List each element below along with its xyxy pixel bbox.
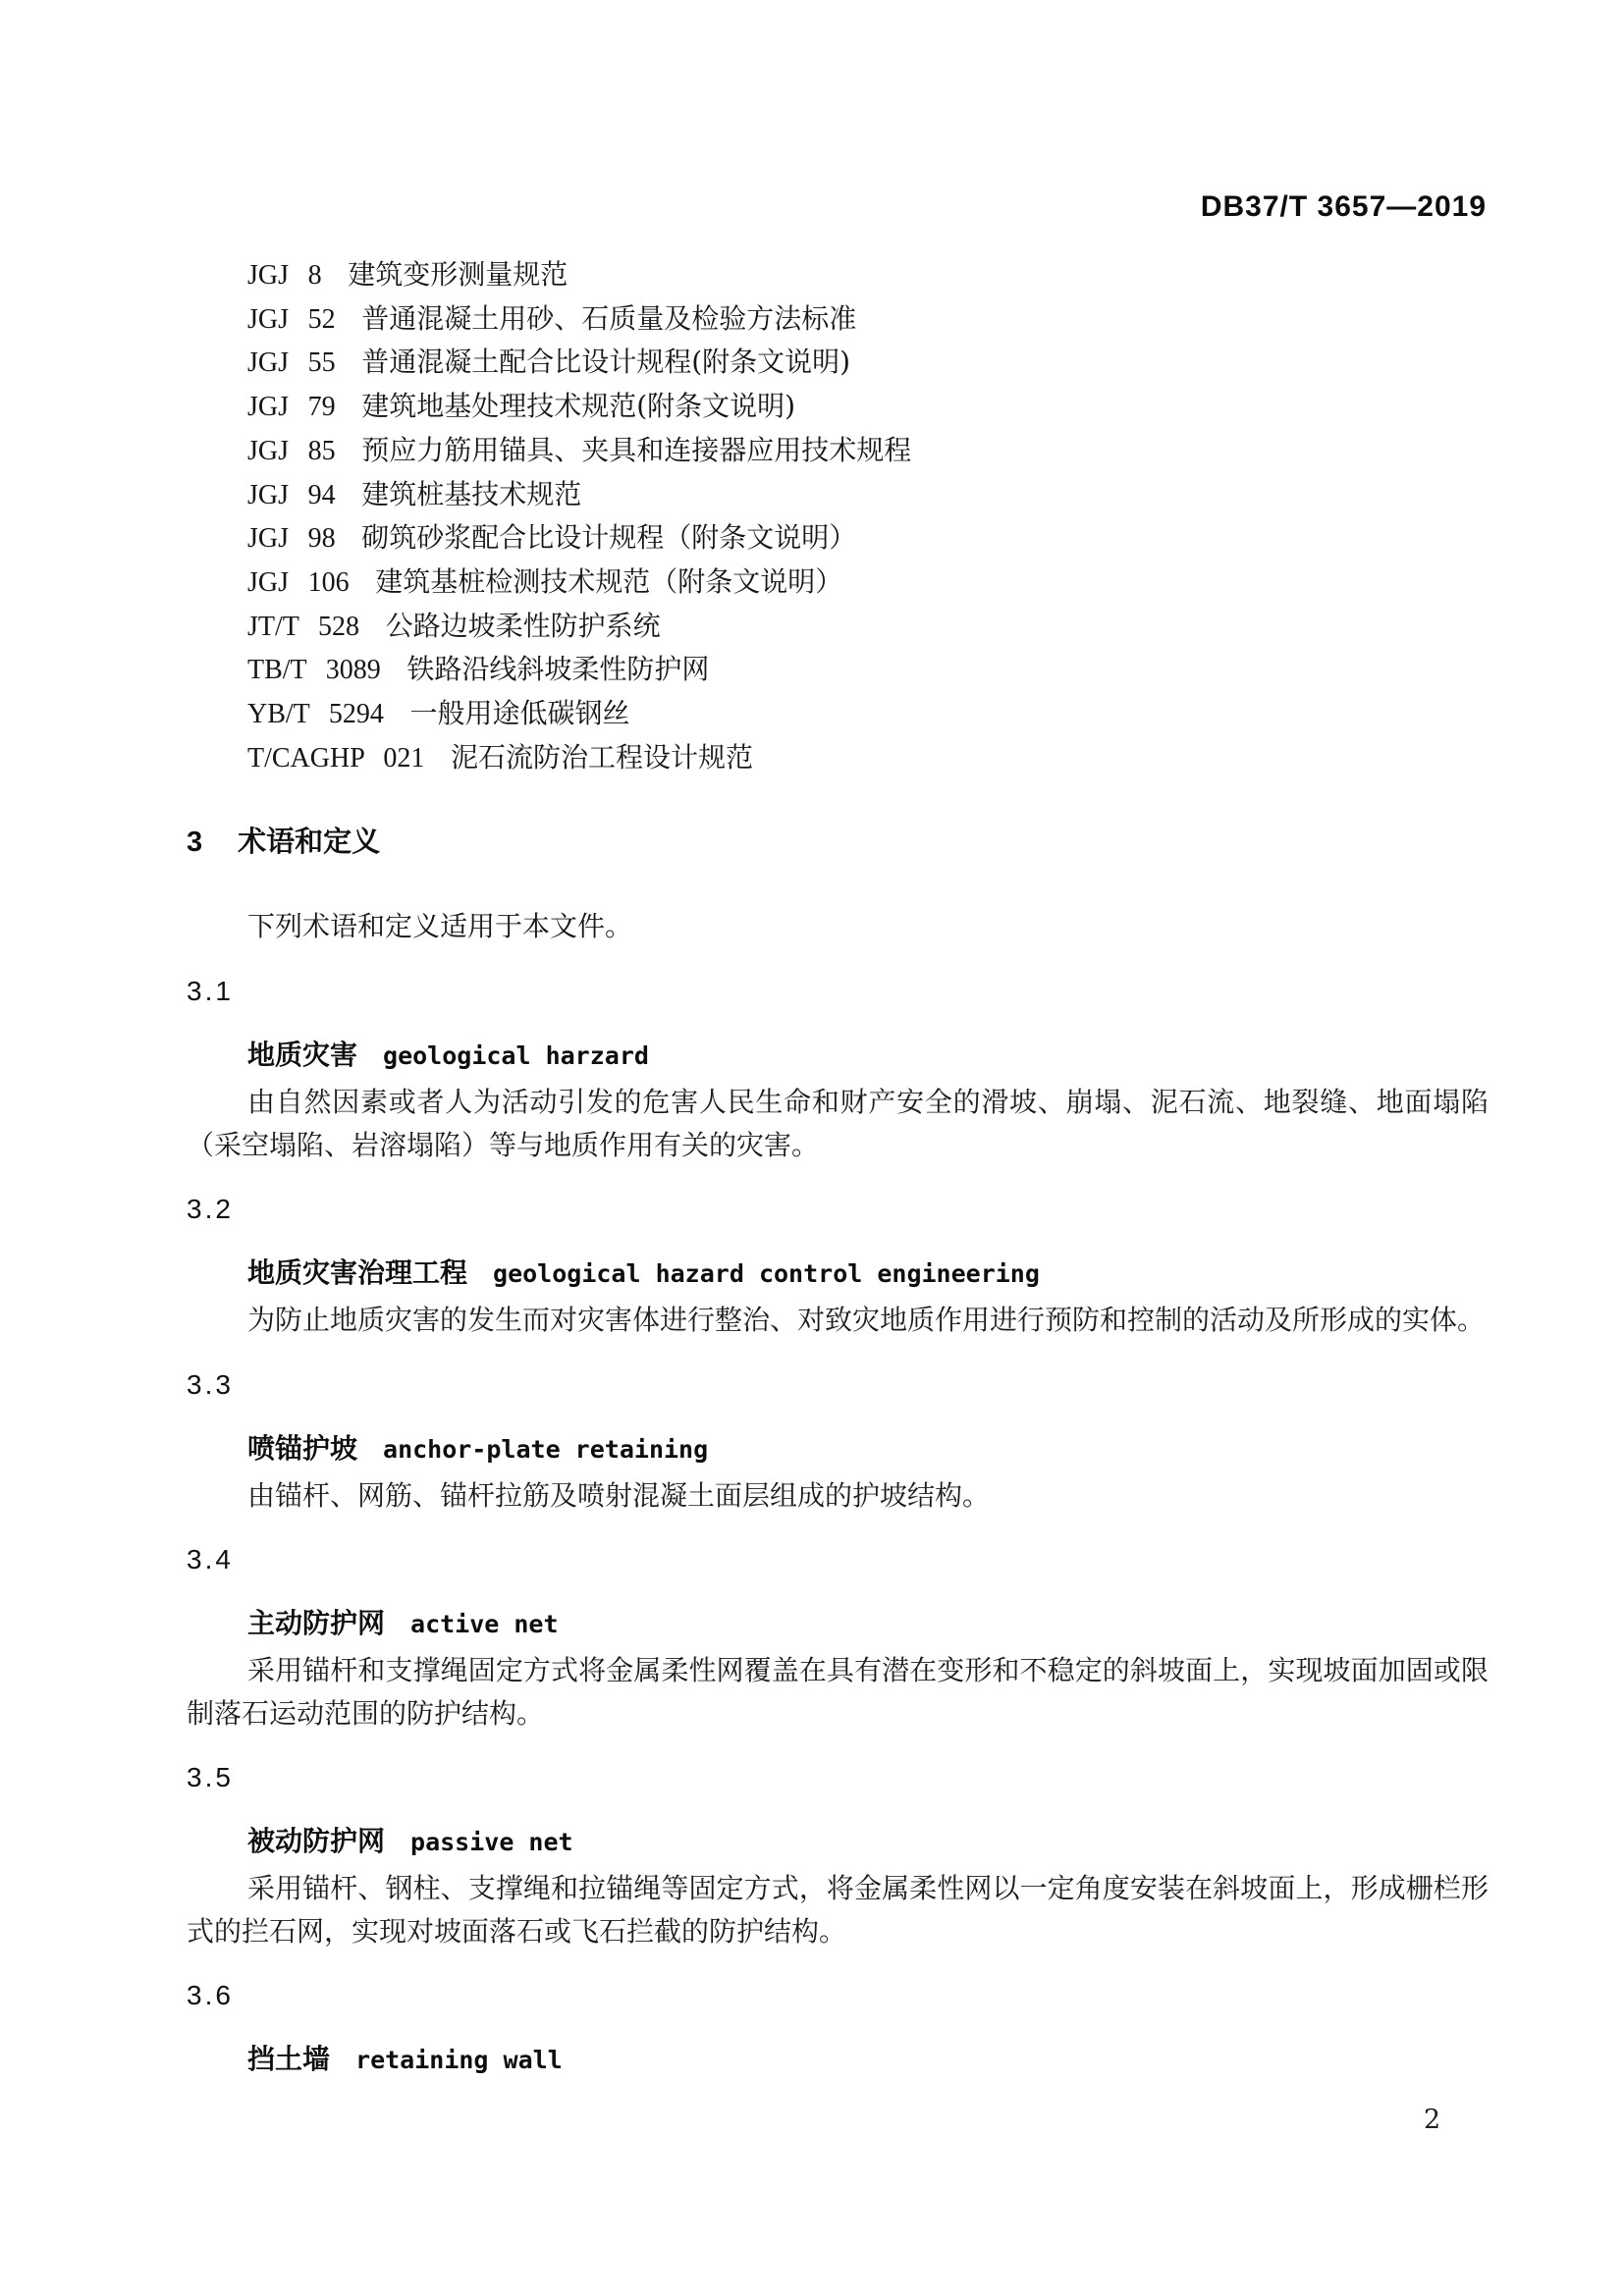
reference-title: 砌筑砂浆配合比设计规程（附条文说明） bbox=[361, 521, 856, 554]
term-english: retaining wall bbox=[355, 2046, 563, 2074]
reference-item: JGJ 85预应力筋用锚具、夹具和连接器应用技术规程 bbox=[187, 429, 1489, 473]
term-number: 3.2 bbox=[187, 1188, 1489, 1231]
reference-code: JGJ 79 bbox=[247, 392, 336, 422]
term-number: 3.4 bbox=[187, 1538, 1489, 1581]
term-heading-line: 主动防护网active net bbox=[187, 1602, 1489, 1649]
reference-item: JGJ 55普通混凝土配合比设计规程(附条文说明) bbox=[187, 341, 1489, 385]
reference-item: JGJ 94建筑桩基技术规范 bbox=[187, 473, 1489, 517]
reference-title: 预应力筋用锚具、夹具和连接器应用技术规程 bbox=[361, 434, 911, 466]
term-section: 3.3 喷锚护坡anchor-plate retaining 由锚杆、网筋、锚杆… bbox=[187, 1363, 1489, 1518]
reference-code: T/CAGHP 021 bbox=[247, 743, 424, 774]
page-number: 2 bbox=[1424, 2105, 1440, 2135]
term-heading-line: 喷锚护坡anchor-plate retaining bbox=[187, 1427, 1489, 1474]
term-heading-line: 挡土墙retaining wall bbox=[187, 2038, 1489, 2085]
reference-title: 普通混凝土用砂、石质量及检验方法标准 bbox=[361, 302, 856, 335]
reference-title: 公路边坡柔性防护系统 bbox=[386, 610, 661, 642]
document-header: DB37/T 3657—2019 bbox=[1201, 190, 1487, 224]
term-section: 3.5 被动防护网passive net 采用锚杆、钢柱、支撑绳和拉锚绳等固定方… bbox=[187, 1756, 1489, 1952]
term-heading-line: 被动防护网passive net bbox=[187, 1820, 1489, 1867]
term-heading-line: 地质灾害geological harzard bbox=[187, 1034, 1489, 1081]
reference-code: JGJ 8 bbox=[247, 260, 322, 291]
term-chinese: 喷锚护坡 bbox=[247, 1432, 357, 1465]
reference-code: TB/T 3089 bbox=[247, 655, 381, 685]
reference-code: JGJ 98 bbox=[247, 523, 336, 554]
section-heading: 3术语和定义 bbox=[187, 821, 1489, 864]
reference-code: JT/T 528 bbox=[247, 612, 359, 642]
reference-item: JGJ 8建筑变形测量规范 bbox=[187, 253, 1489, 297]
reference-title: 建筑基桩检测技术规范（附条文说明） bbox=[375, 565, 842, 598]
reference-code: JGJ 106 bbox=[247, 567, 350, 598]
reference-title: 一般用途低碳钢丝 bbox=[409, 697, 629, 729]
section-title: 术语和定义 bbox=[238, 827, 380, 858]
section-intro: 下列术语和定义适用于本文件。 bbox=[187, 905, 1489, 948]
term-english: geological harzard bbox=[383, 1041, 649, 1070]
reference-title: 建筑变形测量规范 bbox=[348, 258, 568, 291]
term-definition: 由锚杆、网筋、锚杆拉筋及喷射混凝土面层组成的护坡结构。 bbox=[187, 1474, 1489, 1518]
document-page: DB37/T 3657—2019 JGJ 8建筑变形测量规范 JGJ 52普通混… bbox=[0, 0, 1624, 2296]
reference-item: JGJ 98砌筑砂浆配合比设计规程（附条文说明） bbox=[187, 516, 1489, 561]
term-chinese: 挡土墙 bbox=[247, 2043, 330, 2075]
reference-item: T/CAGHP 021泥石流防治工程设计规范 bbox=[187, 736, 1489, 780]
term-definition: 由自然因素或者人为活动引发的危害人民生命和财产安全的滑坡、崩塌、泥石流、地裂缝、… bbox=[187, 1081, 1489, 1166]
term-chinese: 地质灾害治理工程 bbox=[247, 1256, 467, 1289]
term-section: 3.4 主动防护网active net 采用锚杆和支撑绳固定方式将金属柔性网覆盖… bbox=[187, 1538, 1489, 1735]
reference-title: 泥石流防治工程设计规范 bbox=[451, 741, 753, 774]
reference-item: TB/T 3089铁路沿线斜坡柔性防护网 bbox=[187, 648, 1489, 692]
term-chinese: 被动防护网 bbox=[247, 1825, 385, 1857]
reference-code: JGJ 85 bbox=[247, 436, 336, 466]
reference-item: JT/T 528公路边坡柔性防护系统 bbox=[187, 605, 1489, 649]
reference-code: JGJ 52 bbox=[247, 304, 336, 335]
page-content: JGJ 8建筑变形测量规范 JGJ 52普通混凝土用砂、石质量及检验方法标准 J… bbox=[187, 253, 1489, 2085]
reference-code: JGJ 55 bbox=[247, 347, 336, 378]
reference-item: YB/T 5294一般用途低碳钢丝 bbox=[187, 692, 1489, 736]
reference-item: JGJ 79建筑地基处理技术规范(附条文说明) bbox=[187, 385, 1489, 429]
terms-container: 3.1 地质灾害geological harzard 由自然因素或者人为活动引发… bbox=[187, 970, 1489, 2085]
term-section: 3.6 挡土墙retaining wall bbox=[187, 1974, 1489, 2085]
reference-title: 建筑桩基技术规范 bbox=[361, 478, 581, 510]
term-section: 3.1 地质灾害geological harzard 由自然因素或者人为活动引发… bbox=[187, 970, 1489, 1166]
section-number: 3 bbox=[187, 827, 202, 858]
term-section: 3.2 地质灾害治理工程geological hazard control en… bbox=[187, 1188, 1489, 1342]
reference-title: 建筑地基处理技术规范(附条文说明) bbox=[361, 390, 795, 422]
term-english: active net bbox=[410, 1610, 559, 1638]
term-english: anchor-plate retaining bbox=[383, 1435, 708, 1464]
term-number: 3.6 bbox=[187, 1974, 1489, 2017]
reference-code: JGJ 94 bbox=[247, 480, 336, 510]
reference-item: JGJ 52普通混凝土用砂、石质量及检验方法标准 bbox=[187, 297, 1489, 342]
reference-title: 普通混凝土配合比设计规程(附条文说明) bbox=[361, 346, 850, 378]
term-definition: 采用锚杆、钢柱、支撑绳和拉锚绳等固定方式，将金属柔性网以一定角度安装在斜坡面上，… bbox=[187, 1867, 1489, 1952]
reference-title: 铁路沿线斜坡柔性防护网 bbox=[406, 653, 709, 685]
term-number: 3.3 bbox=[187, 1363, 1489, 1407]
reference-item: JGJ 106建筑基桩检测技术规范（附条文说明） bbox=[187, 561, 1489, 605]
term-number: 3.5 bbox=[187, 1756, 1489, 1799]
term-heading-line: 地质灾害治理工程geological hazard control engine… bbox=[187, 1252, 1489, 1299]
term-english: passive net bbox=[410, 1828, 573, 1856]
reference-code: YB/T 5294 bbox=[247, 699, 384, 729]
term-definition: 采用锚杆和支撑绳固定方式将金属柔性网覆盖在具有潜在变形和不稳定的斜坡面上，实现坡… bbox=[187, 1649, 1489, 1735]
term-english: geological hazard control engineering bbox=[493, 1259, 1040, 1288]
term-definition: 为防止地质灾害的发生而对灾害体进行整治、对致灾地质作用进行预防和控制的活动及所形… bbox=[187, 1299, 1489, 1342]
term-number: 3.1 bbox=[187, 970, 1489, 1013]
term-chinese: 地质灾害 bbox=[247, 1039, 357, 1071]
normative-references-list: JGJ 8建筑变形测量规范 JGJ 52普通混凝土用砂、石质量及检验方法标准 J… bbox=[187, 253, 1489, 779]
term-chinese: 主动防护网 bbox=[247, 1607, 385, 1639]
doc-code: DB37/T 3657—2019 bbox=[1201, 190, 1487, 223]
